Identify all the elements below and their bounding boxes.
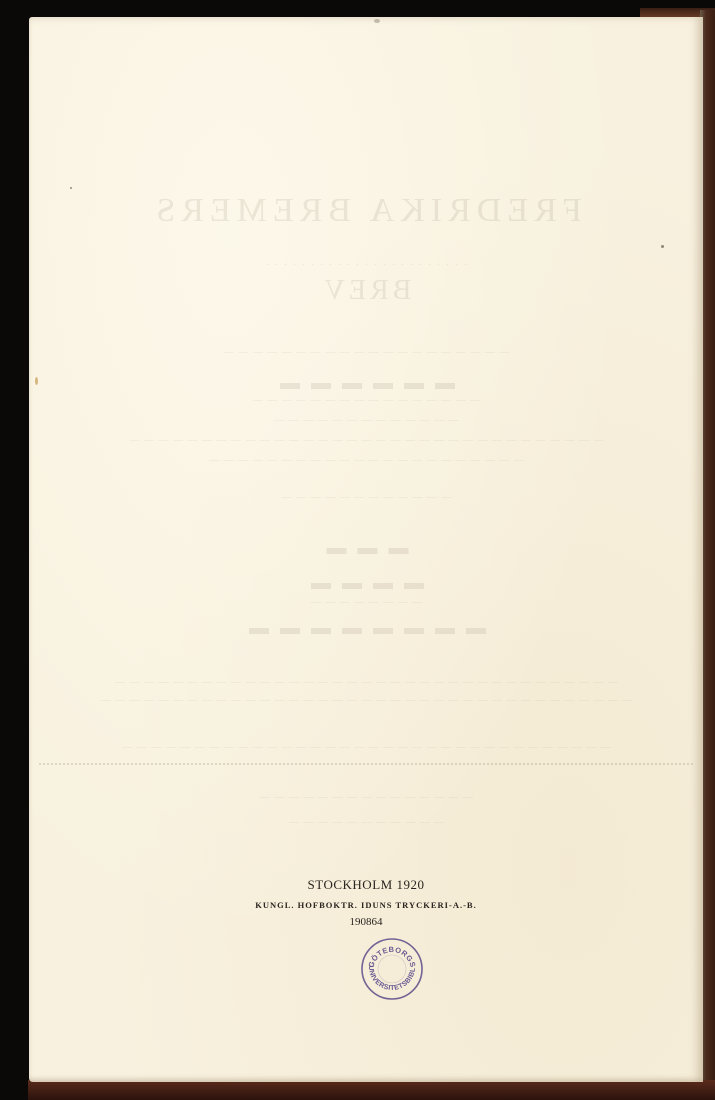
bleed-through-line: ▬ ▬ ▬ ▬ ▬ ▬ ▬ ▬ [29, 617, 703, 640]
imprint-number: 190864 [29, 916, 703, 928]
bleed-through-line: — — — — — — — — — — — [29, 817, 703, 828]
paper-page: FREDRIKA BREMERS · · · · · · · · · · · ·… [29, 17, 703, 1082]
bleed-through-line: — — — — — — — — — — — — [29, 492, 703, 503]
paper-speck [70, 187, 72, 189]
paper-speck [374, 19, 380, 23]
bleed-through-line: — — — — — — — — — — — — — — — — — — — — … [29, 742, 703, 753]
bleed-through-line: ▬ ▬ ▬ ▬ [29, 572, 703, 595]
stamp-top-text: GÖTEBORGS [366, 945, 417, 969]
svg-text:GÖTEBORGS: GÖTEBORGS [366, 945, 417, 969]
library-stamp-icon: GÖTEBORGS UNIVERSITETSBIBL. [360, 937, 424, 1001]
book-cover-bottom-edge [28, 1080, 715, 1100]
bleed-through-line: — — — — — — — — — — — — — — — — — — — — … [29, 435, 703, 446]
bleed-through-line: — — — — — — — — — — — — — — — [29, 792, 703, 803]
bleed-through-line: · · · · · · · · · · · · · · · · · · · · … [29, 257, 703, 272]
bleed-through-dotted-rule [39, 763, 693, 765]
bleed-through-line: — — — — — — — — — — — — — — — — [29, 395, 703, 406]
scanned-page-view: FREDRIKA BREMERS · · · · · · · · · · · ·… [0, 0, 715, 1100]
paper-speck [661, 245, 664, 248]
bleed-through-line: — — — — — — — — — — — — — [29, 415, 703, 426]
paper-stain [35, 377, 38, 385]
imprint-city-year: STOCKHOLM 1920 [29, 877, 703, 893]
bleed-through-line: — — — — — — — — — — — — — — — — — — — — … [29, 455, 703, 466]
bleed-through-title: FREDRIKA BREMERS [29, 192, 703, 230]
bleed-through-line: — — — — — — — — — — — — — — — — — — — — [29, 347, 703, 358]
imprint-printer: KUNGL. HOFBOKTR. IDUNS TRYCKERI-A.-B. [29, 900, 703, 910]
bleed-through-line: — — — — — — — — — — — — — — — — — — — — … [29, 677, 703, 688]
bleed-through-line: — — — — — — — — [29, 597, 703, 608]
bleed-through-line: ▬ ▬ ▬ ▬ ▬ ▬ [29, 372, 703, 395]
bleed-through-line: — — — — — — — — — — — — — — — — — — — — … [29, 695, 703, 706]
bleed-through-line: ▬ ▬ ▬ [29, 537, 703, 560]
bleed-through-subtitle: BREV [29, 275, 703, 307]
